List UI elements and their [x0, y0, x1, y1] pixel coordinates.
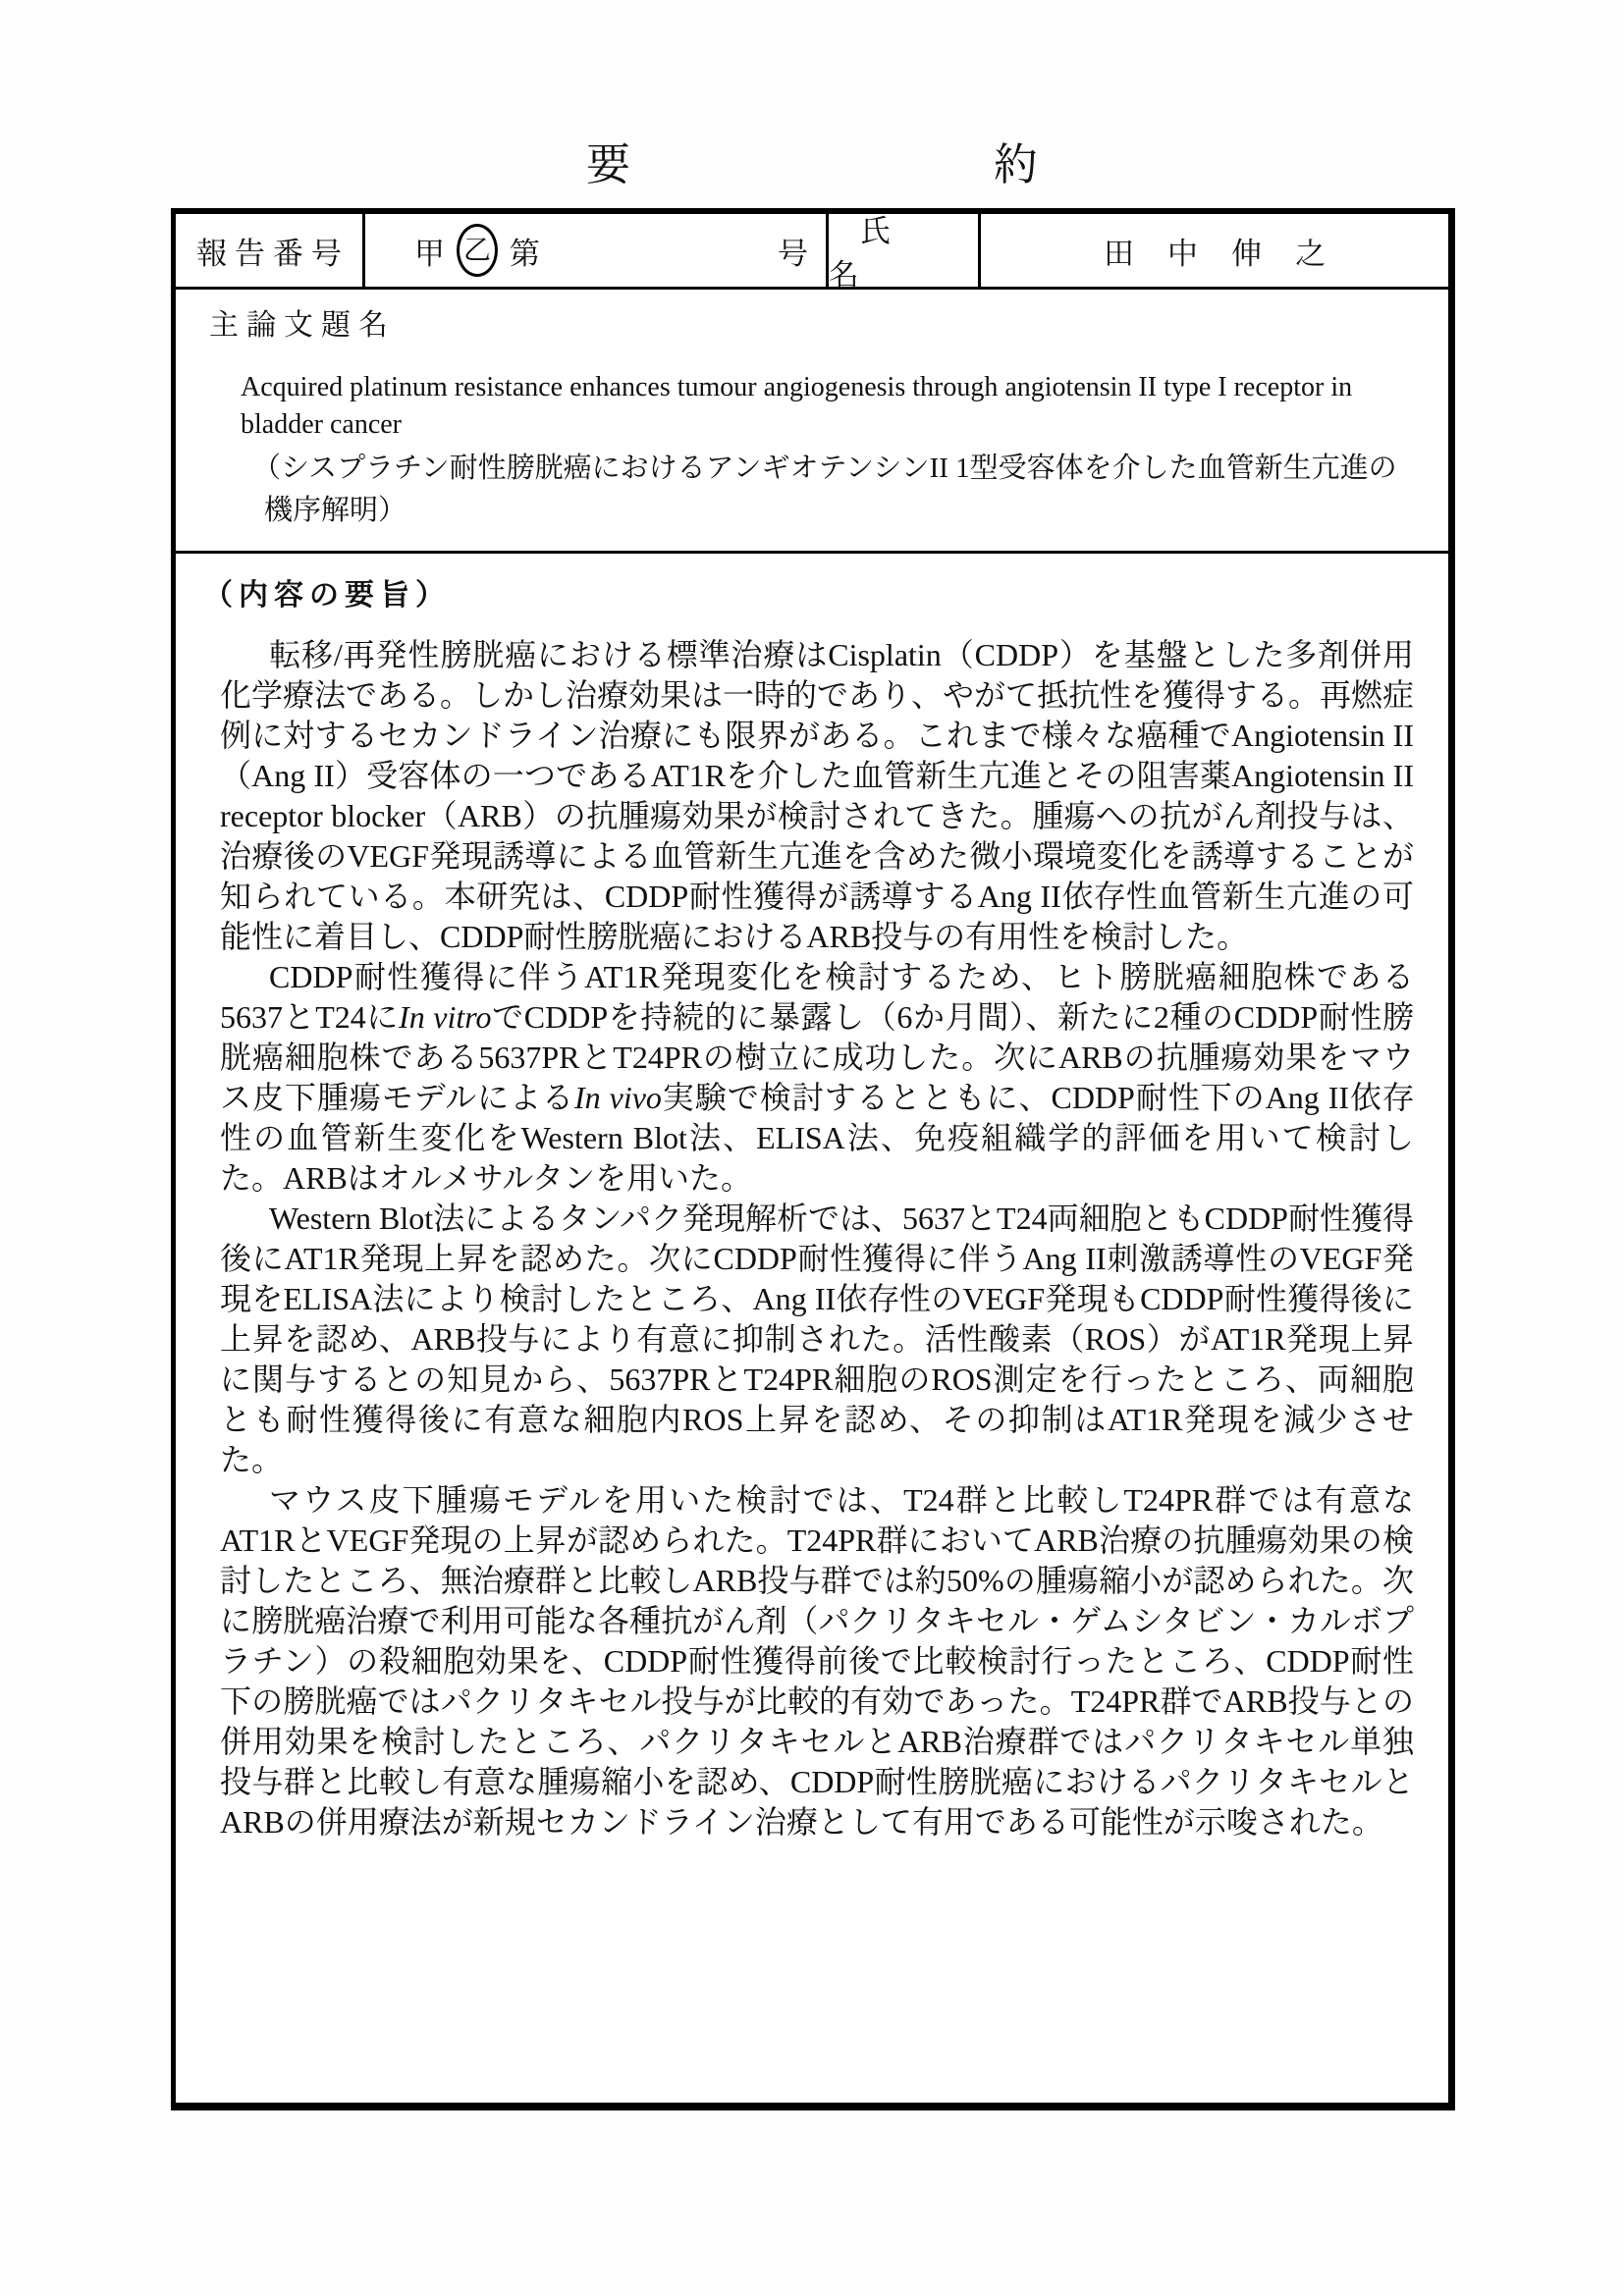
scanned-abstract-page: 要 約 報告番号 甲 乙 第 号 氏名 田中伸之 主論文題名 Acquired … [0, 0, 1624, 2296]
summary-form: 報告番号 甲 乙 第 号 氏名 田中伸之 主論文題名 Acquired plat… [171, 208, 1455, 2110]
page-title-char-yo: 要 [586, 143, 630, 187]
summary-paragraph: 転移/再発性膀胱癌における標準治療はCisplatin（CDDP）を基盤とした多… [220, 635, 1414, 957]
summary-paragraph: CDDP耐性獲得に伴うAT1R発現変化を検討するため、ヒト膀胱癌細胞株である56… [220, 957, 1414, 1199]
report-number-go: 号 [778, 229, 808, 273]
thesis-title-block: Acquired platinum resistance enhances tu… [241, 369, 1399, 532]
thesis-title-heading: 主論文題名 [209, 309, 1448, 342]
report-number-dai: 第 [510, 229, 540, 273]
report-number-cell: 甲 乙 第 号 [365, 214, 829, 287]
thesis-title-english: Acquired platinum resistance enhances tu… [241, 369, 1399, 444]
name-value: 田中伸之 [981, 214, 1448, 287]
summary-body: 転移/再発性膀胱癌における標準治療はCisplatin（CDDP）を基盤とした多… [220, 635, 1414, 1842]
summary-paragraph: Western Blot法によるタンパク発現解析では、5637とT24両細胞とも… [220, 1199, 1414, 1480]
summary-section: （内容の要旨） 転移/再発性膀胱癌における標準治療はCisplatin（CDDP… [176, 554, 1448, 2103]
thesis-title-japanese: （シスプラチン耐性膀胱癌におけるアンギオテンシンII 1型受容体を介した血管新生… [241, 448, 1399, 532]
thesis-title-section: 主論文題名 Acquired platinum resistance enhan… [176, 290, 1448, 554]
report-number-kou: 甲 [414, 229, 445, 273]
name-label: 氏名 [829, 214, 981, 287]
summary-heading: （内容の要旨） [203, 576, 1414, 615]
header-row: 報告番号 甲 乙 第 号 氏名 田中伸之 [176, 214, 1448, 290]
page-title-char-yaku: 約 [994, 143, 1038, 187]
summary-paragraph: マウス皮下腫瘍モデルを用いた検討では、T24群と比較しT24PR群では有意なAT… [220, 1480, 1414, 1842]
report-number-label: 報告番号 [176, 214, 365, 287]
report-number-otsu-circled: 乙 [457, 224, 498, 277]
page-title: 要 約 [0, 143, 1624, 187]
